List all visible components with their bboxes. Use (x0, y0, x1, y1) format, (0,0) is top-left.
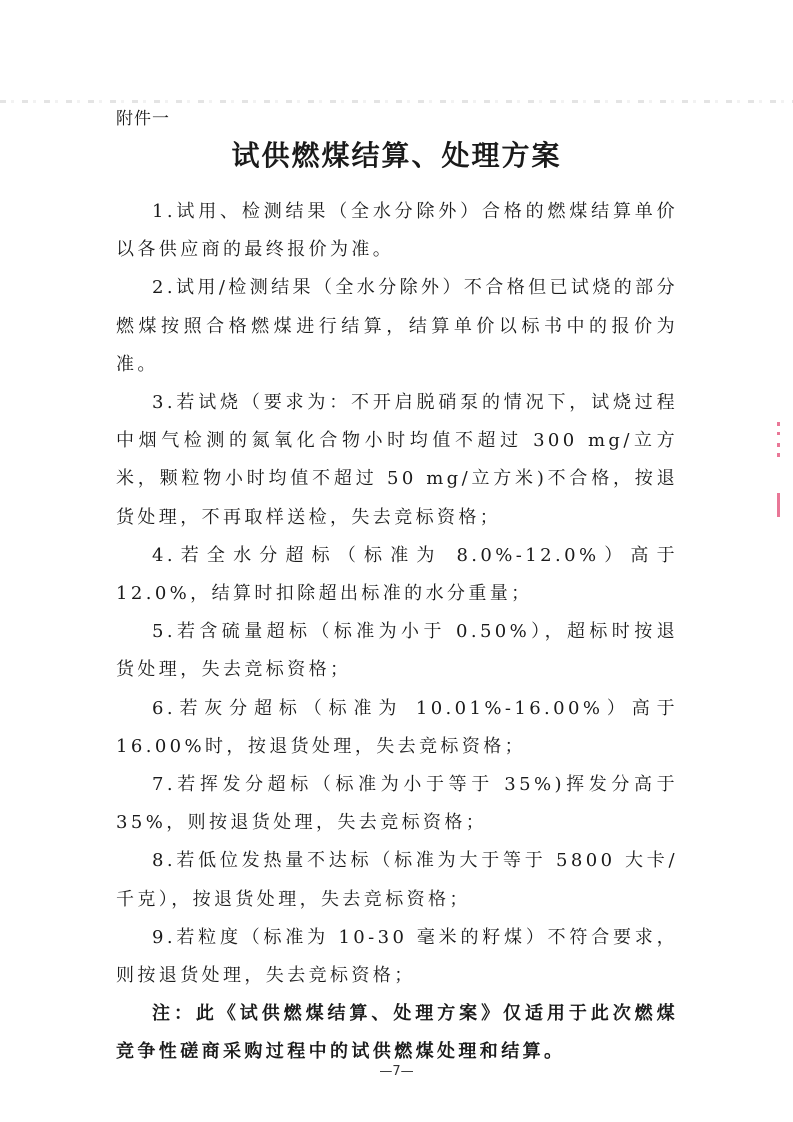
page-number: —7— (0, 1064, 793, 1079)
paragraph-5: 5.若含硫量超标（标准为小于 0.50%），超标时按退货处理，失去竞标资格； (116, 613, 678, 689)
paragraph-9: 9.若粒度（标准为 10-30 毫米的籽煤）不符合要求，则按退货处理，失去竞标资… (116, 919, 678, 995)
paragraph-2: 2.试用/检测结果（全水分除外）不合格但已试烧的部分燃煤按照合格燃煤进行结算，结… (116, 269, 678, 384)
binding-mark (777, 453, 780, 457)
note-paragraph: 注：此《试供燃煤结算、处理方案》仅适用于此次燃煤竞争性磋商采购过程中的试供燃煤处… (116, 995, 678, 1071)
paragraph-7: 7.若挥发分超标（标准为小于等于 35%)挥发分高于 35%，则按退货处理，失去… (116, 766, 678, 842)
paragraph-1: 1.试用、检测结果（全水分除外）合格的燃煤结算单价以各供应商的最终报价为准。 (116, 193, 678, 269)
binding-mark (777, 422, 780, 426)
paragraph-4: 4.若全水分超标（标准为 8.0%-12.0%）高于 12.0%，结算时扣除超出… (116, 537, 678, 613)
document-title: 试供燃煤结算、处理方案 (0, 134, 793, 174)
paragraph-3: 3.若试烧（要求为：不开启脱硝泵的情况下，试烧过程中烟气检测的氮氧化合物小时均值… (116, 384, 678, 537)
binding-mark (777, 493, 780, 517)
binding-mark (777, 432, 780, 435)
scan-artifact-line (0, 100, 793, 103)
document-body: 1.试用、检测结果（全水分除外）合格的燃煤结算单价以各供应商的最终报价为准。 2… (116, 193, 678, 1072)
binding-mark (777, 443, 780, 447)
paragraph-6: 6.若灰分超标（标准为 10.01%-16.00%）高于 16.00%时，按退货… (116, 690, 678, 766)
paragraph-8: 8.若低位发热量不达标（标准为大于等于 5800 大卡/千克），按退货处理，失去… (116, 842, 678, 918)
attachment-label: 附件一 (116, 104, 170, 129)
